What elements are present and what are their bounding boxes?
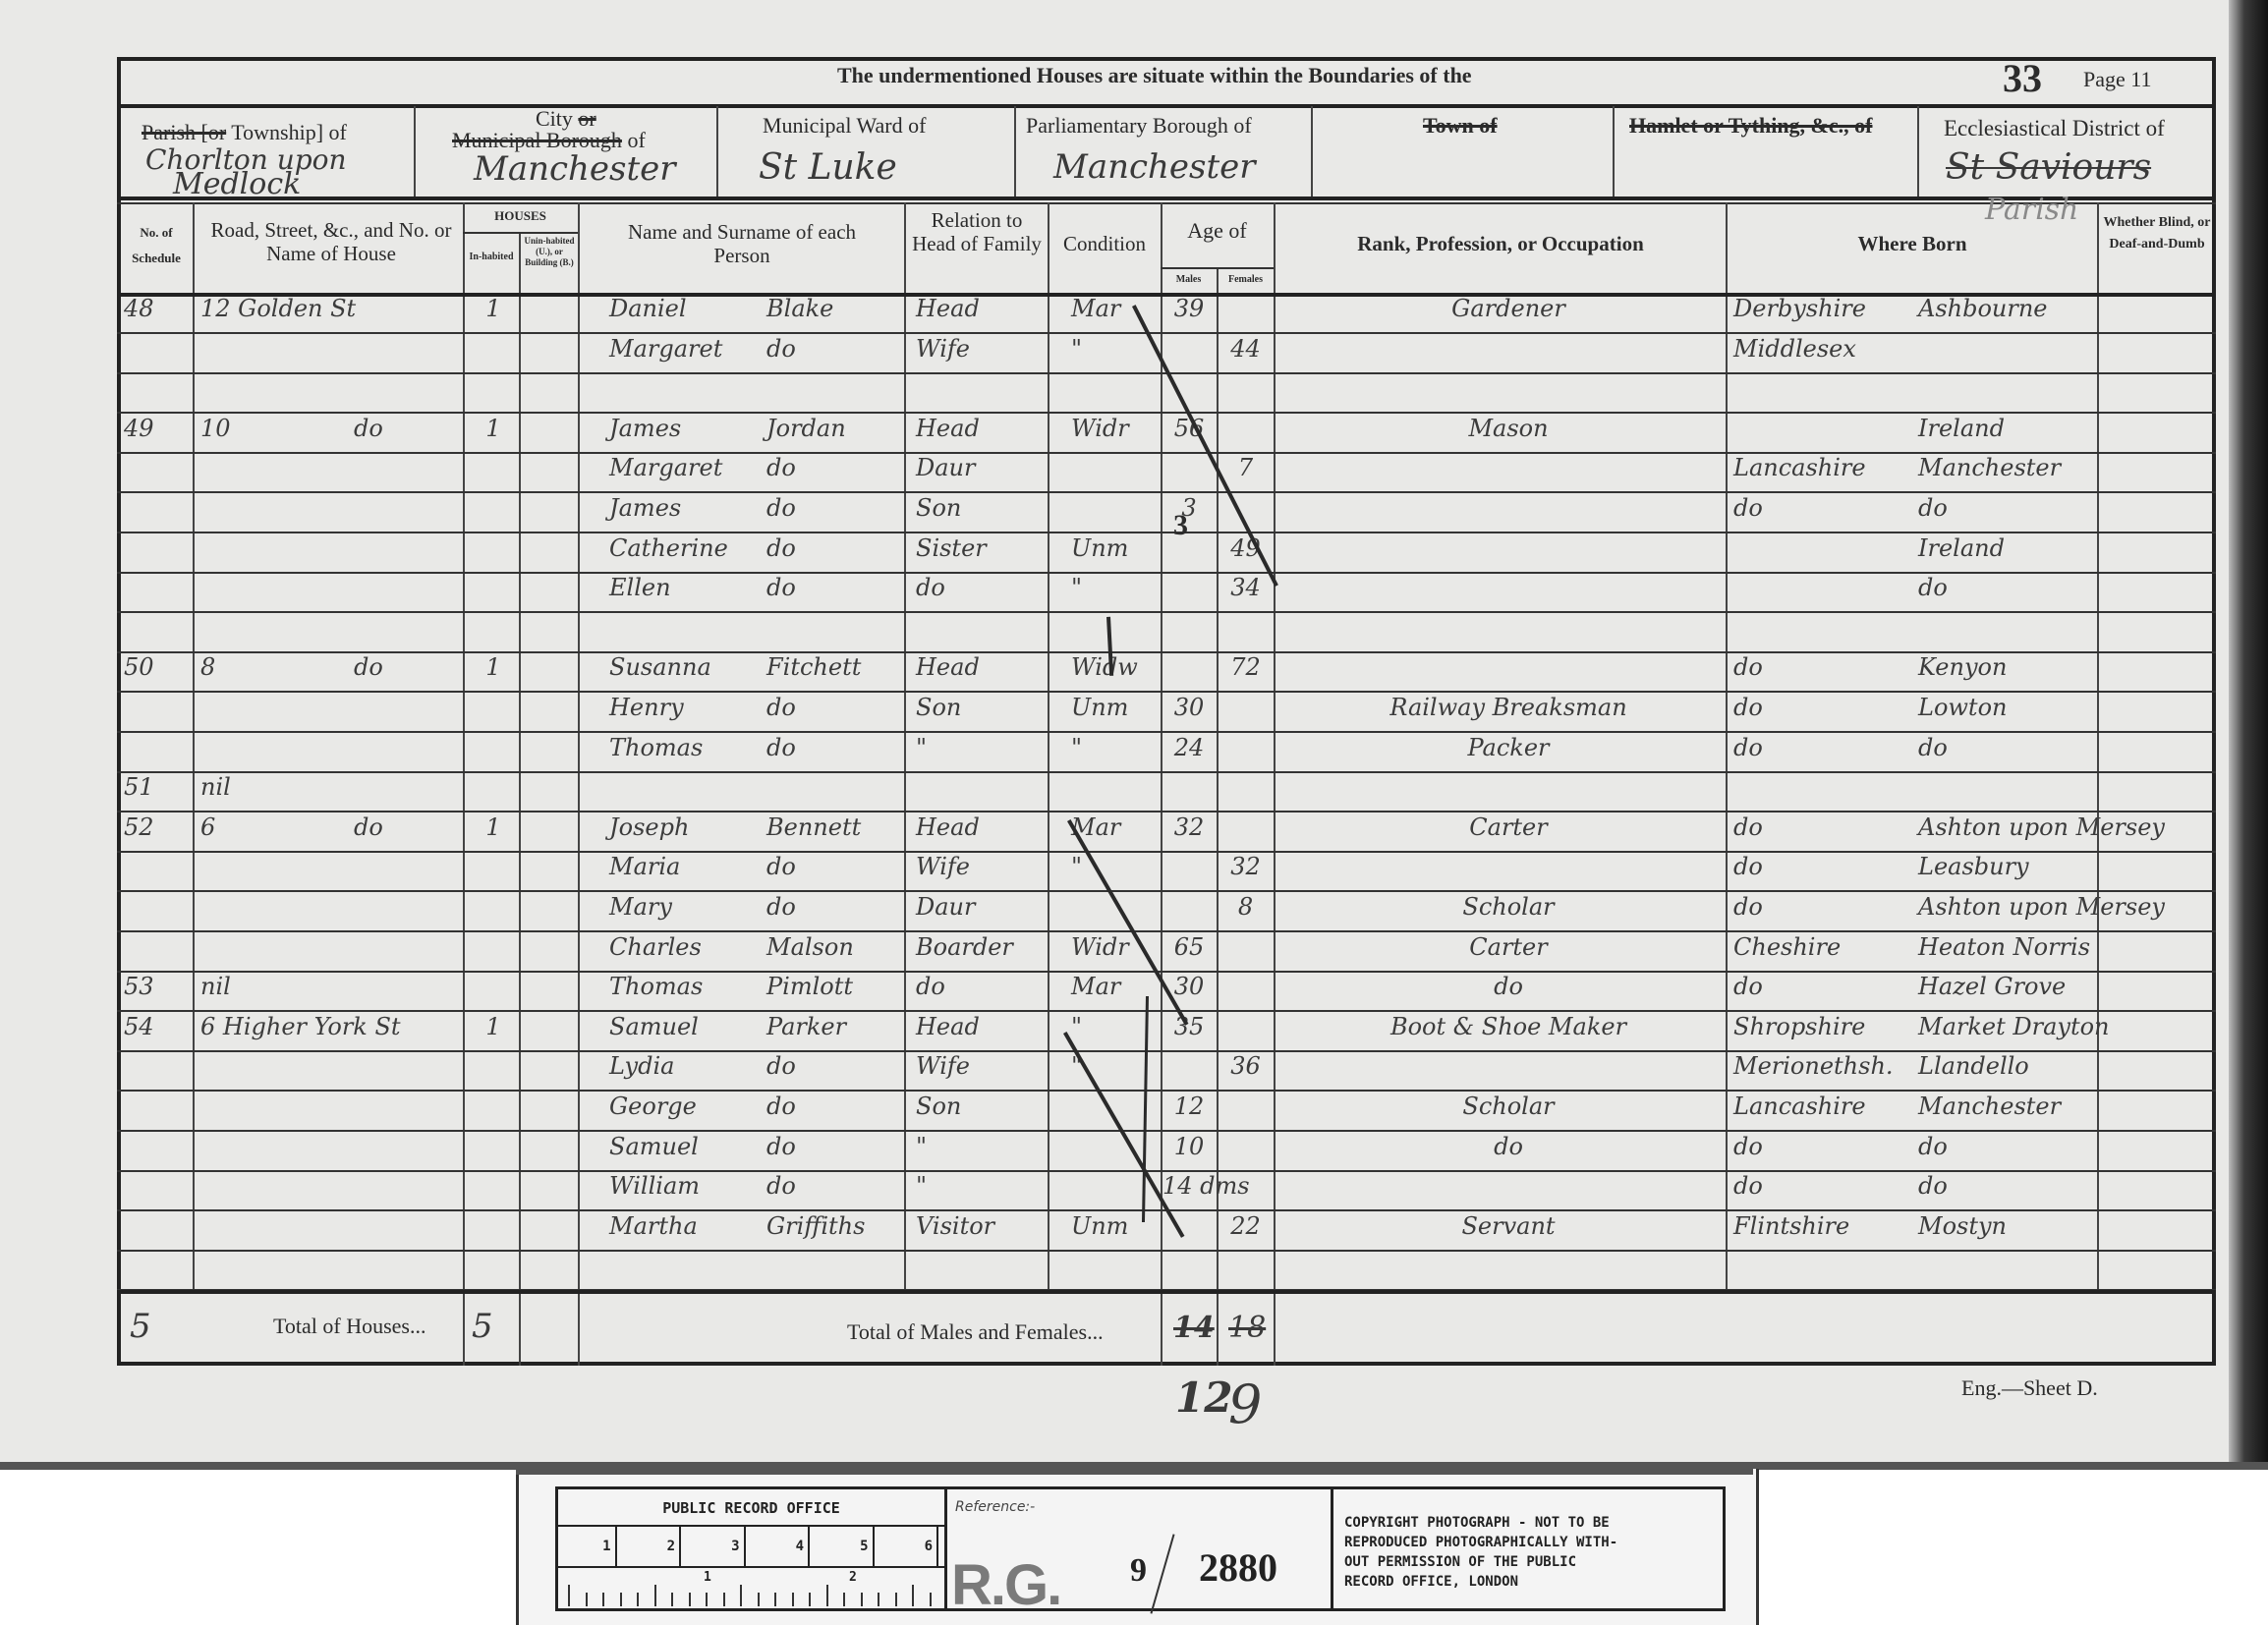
header-road-label: Road, Street, &c., and No. or Name of Ho… [208,218,454,265]
scan-edge-shadow [2229,0,2268,1469]
location-divider [1613,106,1615,199]
cell-inhabited [470,688,517,727]
cell-blind [2099,1206,2215,1246]
cell-occupation: Gardener [1297,289,1720,328]
cell-road [200,529,461,568]
cell-inhabited [470,608,517,647]
cell-schedule [124,329,191,368]
cell-occupation [1297,568,1720,607]
cell-condition [1071,368,1160,408]
cell-female-age [1219,289,1273,328]
parish-label-struck: Parish [or [142,120,226,144]
cell-blind [2099,688,2215,727]
cell-inhabited [470,529,517,568]
cell-female-age: 36 [1219,1046,1273,1086]
cell-male-age: 12 [1162,1087,1216,1126]
cell-male-age [1162,847,1216,886]
ruler-tick [568,1585,570,1606]
cell-female-age: 34 [1219,568,1273,607]
cell-born-place: do [1918,1166,2095,1205]
cell-uninhabited [521,568,576,607]
cell-inhabited: 1 [470,409,517,448]
cell-blind [2099,448,2215,487]
cell-female-age [1219,688,1273,727]
cell-blind [2099,529,2215,568]
cell-condition: " [1071,728,1160,767]
cell-forename: Thomas [609,967,776,1006]
cell-born-place: Ireland [1918,529,2095,568]
cell-relation: Wife [916,329,1046,368]
cell-surname: Malson [766,927,902,967]
cell-forename: Margaret [609,448,776,487]
cell-born-county: do [1733,688,1910,727]
cell-blind [2099,647,2215,687]
cell-occupation: Scholar [1297,887,1720,926]
cell-female-age [1219,1007,1273,1046]
sheet-label: Eng.—Sheet D. [1961,1375,2098,1401]
cell-blind [2099,329,2215,368]
cell-occupation: do [1297,967,1720,1006]
cell-surname [766,368,902,408]
cell-forename: William [609,1166,776,1205]
cell-occupation: Servant [1297,1206,1720,1246]
cell-relation: Head [916,647,1046,687]
cell-inhabited [470,1246,517,1285]
ruler-tick [620,1593,622,1606]
cell-born-county: do [1733,728,1910,767]
cell-male-age [1162,1246,1216,1285]
cell-born-place: Hazel Grove [1918,967,2095,1006]
cell-road [200,887,461,926]
cell-male-age: 10 [1162,1127,1216,1166]
cell-female-age: 22 [1219,1206,1273,1246]
ruler-tick-label: 3 [687,1527,746,1566]
ruler-tick [843,1593,845,1606]
cell-uninhabited [521,728,576,767]
cell-surname: do [766,448,902,487]
cell-relation: Daur [916,887,1046,926]
stamp-office-label: PUBLIC RECORD OFFICE [558,1499,944,1517]
cell-road [200,368,461,408]
cell-inhabited [470,1127,517,1166]
hamlet-label-struck: Hamlet or Tything, &c., of [1629,113,1872,139]
cell-road [200,329,461,368]
ruler-tick [861,1593,863,1606]
cell-forename [609,767,776,807]
stamp-reference-label: Reference:- [955,1499,1035,1515]
cell-uninhabited [521,409,576,448]
cell-forename: George [609,1087,776,1126]
cell-born-county: do [1733,808,1910,847]
cell-born-county: Derbyshire [1733,289,1910,328]
header-relation-label: Relation to Head of Family [908,208,1046,255]
ruler-tick-label: 6 [880,1527,939,1566]
cell-schedule: 53 [124,967,191,1006]
cell-uninhabited [521,927,576,967]
stamp-piece-number: 2880 [1199,1544,1277,1591]
cell-male-age [1162,1046,1216,1086]
cell-born-county: do [1733,847,1910,886]
cell-born-place [1918,608,2095,647]
ruler-tick [637,1593,639,1606]
parliamentary-value: Manchester [1053,147,1256,187]
cell-female-age: 44 [1219,329,1273,368]
cell-male-age [1162,568,1216,607]
cell-occupation [1297,1046,1720,1086]
cell-born-county: Flintshire [1733,1206,1910,1246]
cell-occupation [1297,1166,1720,1205]
ruler-tick [774,1593,776,1606]
cell-occupation [1297,767,1720,807]
cell-born-place: do [1918,1127,2095,1166]
cell-blind [2099,847,2215,886]
cell-inhabited: 1 [470,647,517,687]
ruler-tick-label: 4 [752,1527,811,1566]
cell-male-age [1162,329,1216,368]
header-age-label: Age of [1161,218,1274,244]
cell-forename: Martha [609,1206,776,1246]
cell-forename: Maria [609,847,776,886]
cell-inhabited: 1 [470,1007,517,1046]
cell-forename: Joseph [609,808,776,847]
cell-schedule [124,488,191,528]
city-value: Manchester [474,149,676,189]
cell-born-county [1733,529,1910,568]
cell-occupation [1297,1246,1720,1285]
cell-schedule [124,1087,191,1126]
cell-female-age [1219,967,1273,1006]
total-houses-label: Total of Houses... [273,1314,426,1339]
cell-female-age [1219,927,1273,967]
cell-forename: Charles [609,927,776,967]
totals-top-line [117,1290,2216,1294]
cell-blind [2099,967,2215,1006]
cell-uninhabited [521,808,576,847]
cell-surname: do [766,847,902,886]
cell-female-age: 8 [1219,887,1273,926]
cell-inhabited [470,847,517,886]
cell-uninhabited [521,608,576,647]
cell-born-county: do [1733,1127,1910,1166]
cell-blind [2099,808,2215,847]
cell-surname: do [766,688,902,727]
total-males-struck: 14 [1173,1311,1215,1345]
cell-born-county [1733,568,1910,607]
cell-inhabited [470,568,517,607]
cell-schedule [124,448,191,487]
cell-uninhabited [521,488,576,528]
ruler-tick [689,1593,691,1606]
cell-schedule: 48 [124,289,191,328]
cell-surname: Griffiths [766,1206,902,1246]
cell-uninhabited [521,329,576,368]
ruler-major-label: 1 [704,1570,711,1585]
stamp-slash [1150,1534,1174,1613]
cell-male-age: 35 [1162,1007,1216,1046]
cell-blind [2099,1166,2215,1205]
cell-uninhabited [521,847,576,886]
cell-occupation: Boot & Shoe Maker [1297,1007,1720,1046]
cell-forename: Samuel [609,1007,776,1046]
cell-relation: " [916,1127,1046,1166]
cell-road: nil [200,967,461,1006]
header-occupation-label: Rank, Profession, or Occupation [1276,232,1726,256]
cell-occupation [1297,488,1720,528]
cell-female-age: 32 [1219,847,1273,886]
cell-born-place: Heaton Norris [1918,927,2095,967]
cell-surname: do [766,1127,902,1166]
cell-road [200,608,461,647]
cell-inhabited [470,967,517,1006]
cell-occupation: Mason [1297,409,1720,448]
cell-relation: Visitor [916,1206,1046,1246]
ruler-tick [826,1585,828,1606]
cell-male-age: 65 [1162,927,1216,967]
ruler-tick [723,1593,725,1606]
cell-road [200,1087,461,1126]
ward-label: Municipal Ward of [763,113,926,139]
cell-uninhabited [521,967,576,1006]
cell-schedule: 52 [124,808,191,847]
cell-forename: Ellen [609,568,776,607]
cell-female-age [1219,368,1273,408]
cell-schedule: 49 [124,409,191,448]
cell-female-age [1219,1087,1273,1126]
cell-relation: Sister [916,529,1046,568]
cell-uninhabited [521,368,576,408]
cell-schedule [124,368,191,408]
cell-born-county [1733,608,1910,647]
stamp-reference-cell: Reference:- R.G. 9 2880 [947,1489,1333,1608]
cell-inhabited [470,1206,517,1246]
cell-male-age: 39 [1162,289,1216,328]
cell-surname [766,1246,902,1285]
stamp-ruler-bottom: 12 [558,1568,944,1608]
cell-relation: Head [916,808,1046,847]
cell-inhabited [470,368,517,408]
location-divider [414,106,416,199]
cell-relation: " [916,728,1046,767]
cell-condition [1071,488,1160,528]
cell-blind [2099,368,2215,408]
total-persons-label: Total of Males and Females... [847,1319,1104,1345]
cell-schedule [124,887,191,926]
title-row-divider [117,104,2216,108]
cell-forename: Margaret [609,329,776,368]
cell-relation: do [916,967,1046,1006]
cell-blind [2099,1246,2215,1285]
cell-forename [609,1246,776,1285]
header-where-born-label: Where Born [1728,232,2097,256]
cell-surname [766,608,902,647]
cell-blind [2099,409,2215,448]
cell-female-age: 72 [1219,647,1273,687]
parish-label: Parish [or Township] of [142,120,347,145]
parish-value-line2: Medlock [173,167,301,201]
ruler-tick [654,1585,656,1606]
cell-born-county [1733,1246,1910,1285]
cell-road [200,847,461,886]
cell-forename [609,368,776,408]
cell-born-county: Cheshire [1733,927,1910,967]
cell-born-place [1918,767,2095,807]
cell-inhabited [470,1166,517,1205]
cell-uninhabited [521,1206,576,1246]
ruler-major-label: 2 [849,1570,857,1585]
cell-born-place: Llandello [1918,1046,2095,1086]
cell-born-county: Lancashire [1733,1087,1910,1126]
cell-male-age [1162,767,1216,807]
cell-relation [916,1246,1046,1285]
cell-inhabited [470,728,517,767]
cell-schedule [124,1127,191,1166]
col-divider-road [463,202,465,1366]
total-schedules: 5 [130,1307,151,1346]
cell-inhabited: 1 [470,289,517,328]
cell-uninhabited [521,1127,576,1166]
header-condition-label: Condition [1049,232,1160,256]
cell-born-county [1733,767,1910,807]
cell-uninhabited [521,1087,576,1126]
cell-surname: Parker [766,1007,902,1046]
cell-uninhabited [521,448,576,487]
cell-born-place: do [1918,488,2095,528]
cell-schedule [124,1246,191,1285]
stamp-piece-class: 9 [1130,1552,1147,1590]
cell-occupation [1297,608,1720,647]
cell-male-age: 30 [1162,688,1216,727]
stamp-copyright-cell: COPYRIGHT PHOTOGRAPH - NOT TO BE REPRODU… [1344,1513,1718,1592]
cell-inhabited [470,329,517,368]
ruler-tick [586,1593,588,1606]
cell-male-age: 14 dms [1162,1166,1216,1205]
houses-subheader-line [463,232,578,234]
cell-surname: Fitchett [766,647,902,687]
cell-surname: do [766,1166,902,1205]
ruler-tick-label: 1 [558,1527,617,1566]
cell-born-county: do [1733,887,1910,926]
cell-forename: Daniel [609,289,776,328]
cell-male-age [1162,529,1216,568]
cell-born-place: Kenyon [1918,647,2095,687]
cell-uninhabited [521,1007,576,1046]
cell-female-age [1219,1127,1273,1166]
cell-relation [916,368,1046,408]
cell-male-age [1162,608,1216,647]
cell-female-age: 7 [1219,448,1273,487]
cell-blind [2099,927,2215,967]
cell-inhabited [470,1046,517,1086]
ruler-tick-label: 2 [623,1527,682,1566]
cell-occupation [1297,529,1720,568]
cell-forename: Susanna [609,647,776,687]
header-males-label: Males [1161,274,1217,285]
cell-born-place: Mostyn [1918,1206,2095,1246]
cell-relation [916,608,1046,647]
cell-road [200,1046,461,1086]
cell-forename: Henry [609,688,776,727]
ruler-tick [809,1593,811,1606]
cell-surname [766,767,902,807]
cell-schedule [124,1206,191,1246]
stamp-inner-box: PUBLIC RECORD OFFICE 123456 12 Reference… [555,1486,1726,1611]
cell-female-age [1219,1246,1273,1285]
cell-road [200,1206,461,1246]
cell-born-place: Ashton upon Mersey [1918,887,2095,926]
cell-blind [2099,488,2215,528]
cell-schedule [124,728,191,767]
copyright-line: RECORD OFFICE, LONDON [1344,1572,1718,1592]
header-females-label: Females [1218,274,1274,285]
cell-uninhabited [521,887,576,926]
cell-male-age: 3 [1162,488,1216,528]
cell-surname: do [766,529,902,568]
ruler-tick [706,1593,708,1606]
cell-uninhabited [521,1166,576,1205]
cell-surname: Jordan [766,409,902,448]
ruler-tick-label: 5 [816,1527,875,1566]
cell-condition: Unm [1071,688,1160,727]
cell-condition: Mar [1071,808,1160,847]
cell-uninhabited [521,529,576,568]
cell-road [200,927,461,967]
ruler-tick [912,1585,914,1606]
copyright-line: OUT PERMISSION OF THE PUBLIC [1344,1552,1718,1572]
cell-born-county: do [1733,1166,1910,1205]
cell-relation: Wife [916,1046,1046,1086]
cell-born-county: do [1733,647,1910,687]
cell-occupation: Railway Breaksman [1297,688,1720,727]
cell-relation: Wife [916,847,1046,886]
cell-inhabited [470,767,517,807]
ecclesiastical-annotation: Parish [1985,193,2078,227]
cell-occupation: Packer [1297,728,1720,767]
parliamentary-label: Parliamentary Borough of [1026,113,1252,139]
cell-inhabited [470,1087,517,1126]
cell-schedule: 54 [124,1007,191,1046]
cell-forename: Lydia [609,1046,776,1086]
cell-condition: Widr [1071,927,1160,967]
ruler-tick [602,1593,604,1606]
cell-born-place: Market Drayton [1918,1007,2095,1046]
ruler-tick [758,1593,760,1606]
page-label: Page 11 [2083,67,2151,92]
cell-condition: Unm [1071,529,1160,568]
cell-inhabited [470,488,517,528]
cell-condition [1071,448,1160,487]
cell-born-county: Shropshire [1733,1007,1910,1046]
cell-born-place: Manchester [1918,1087,2095,1126]
cell-condition [1071,887,1160,926]
cell-male-age [1162,887,1216,926]
cell-blind [2099,1007,2215,1046]
cell-road: 12 Golden St [200,289,461,328]
cell-condition: Mar [1071,289,1160,328]
cell-condition [1071,608,1160,647]
cell-occupation: Carter [1297,927,1720,967]
cell-schedule [124,847,191,886]
cell-road [200,1166,461,1205]
copyright-line: REPRODUCED PHOTOGRAPHICALLY WITH- [1344,1533,1718,1552]
cell-road [200,488,461,528]
tally-three-marker: 3 [1173,509,1188,542]
location-row-divider-double [117,202,2216,204]
cell-forename: Mary [609,887,776,926]
cell-born-place: do [1918,728,2095,767]
cell-born-county: Middlesex [1733,329,1910,368]
cell-surname: do [766,728,902,767]
cell-condition [1071,767,1160,807]
